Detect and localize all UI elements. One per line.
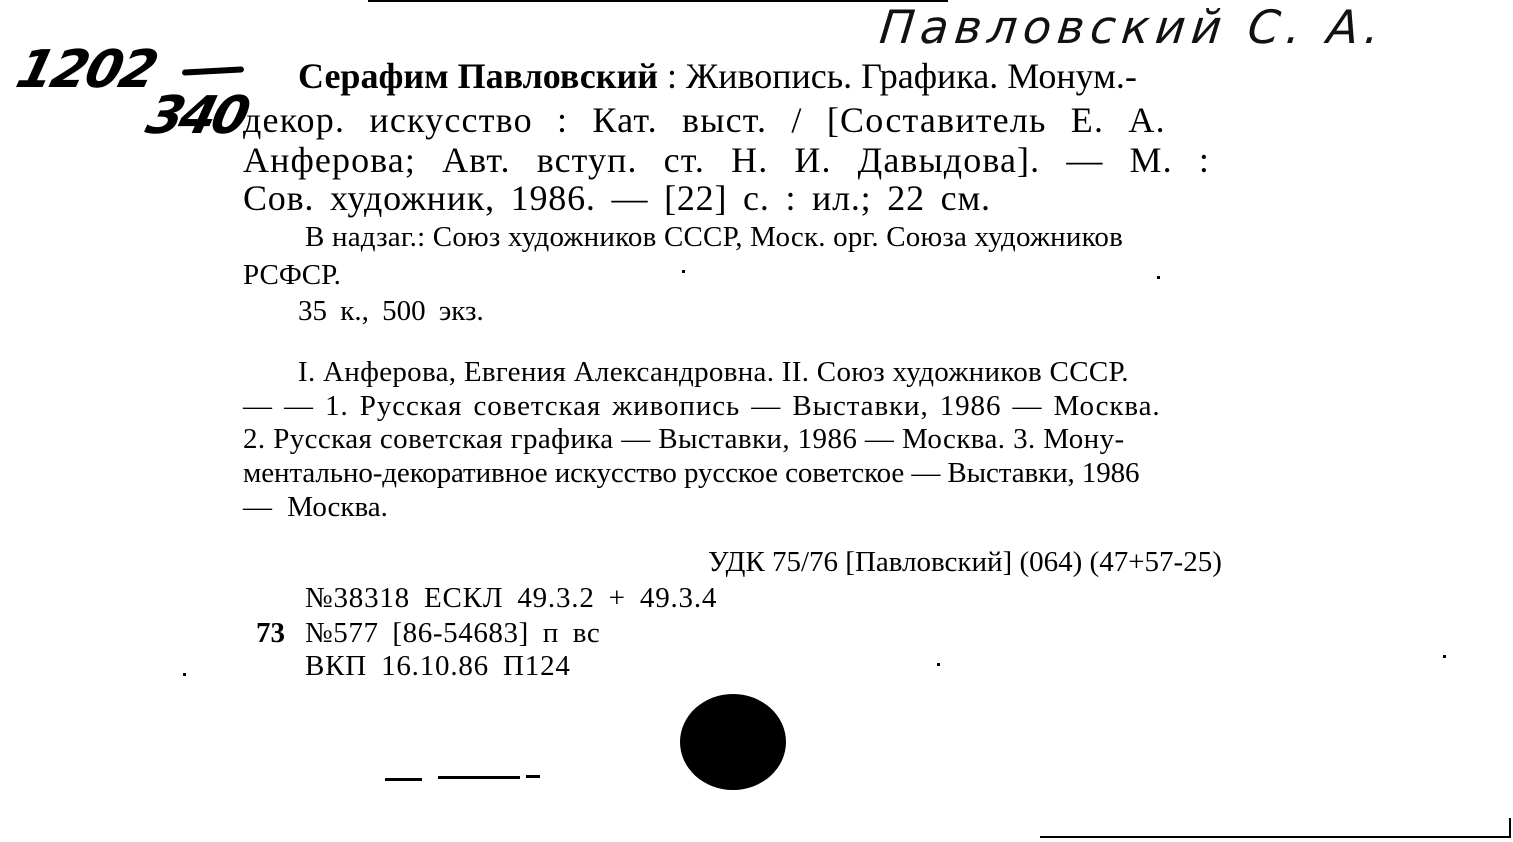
speck (1157, 276, 1160, 279)
eskl-number: №38318 ЕСКЛ 49.3.2 + 49.3.4 (305, 582, 717, 615)
note-line-2: РСФСР. (243, 260, 341, 290)
pencil-mark (438, 776, 520, 779)
vkp-stamp: ВКП 16.10.86 П124 (305, 650, 571, 683)
title-continuation: : Живопись. Графика. Монум.- (667, 56, 1137, 96)
description-line-2: декор. искусство : Кат. выст. / [Состави… (243, 102, 1420, 138)
card-right-border (1509, 818, 1511, 838)
speck (183, 673, 186, 676)
punch-hole-mark (680, 694, 786, 790)
heading-author-title: Серафим Павловский (298, 56, 658, 96)
card-bottom-border (1040, 836, 1511, 838)
handwritten-shelfmark-bottom: 340 (141, 86, 253, 146)
registration-number: №577 [86-54683] п вс (305, 617, 600, 650)
tracing-line-1: I. Анферова, Евгения Александровна. II. … (298, 357, 1129, 387)
udk-classification: УДК 75/76 [Павловский] (064) (47+57-25) (708, 546, 1222, 579)
tracing-line-2: — — 1. Русская советская живопись — Выст… (243, 391, 1161, 421)
pencil-mark (385, 778, 422, 781)
catalog-card: Павловский С. А. 1202 340 Серафим Павлов… (0, 0, 1513, 842)
description-line-3: Анферова; Авт. вступ. ст. Н. И. Давыдова… (243, 142, 1420, 178)
tracing-line-3: 2. Русская советская графика — Выставки,… (243, 424, 1125, 454)
speck (682, 270, 685, 273)
pencil-mark (526, 775, 540, 778)
handwritten-shelfmark-divider (182, 66, 244, 75)
handwritten-shelfmark-top: 1202 (11, 40, 163, 100)
handwritten-author-note: Павловский С. А. (877, 0, 1388, 54)
card-print-code: 73 (256, 617, 285, 650)
tracing-line-4: ментально-декоративное искусство русское… (243, 458, 1139, 488)
description-line-1: Серафим Павловский : Живопись. Графика. … (298, 58, 1420, 94)
price-run: 35 к., 500 экз. (298, 296, 484, 326)
tracing-line-5: — Москва. (243, 492, 388, 522)
speck (937, 663, 940, 666)
description-line-4: Сов. художник, 1986. — [22] с. : ил.; 22… (243, 180, 1243, 216)
note-line-1: В надзаг.: Союз художников СССР, Моск. о… (305, 222, 1123, 252)
speck (1443, 655, 1446, 658)
card-top-border (368, 0, 948, 2)
